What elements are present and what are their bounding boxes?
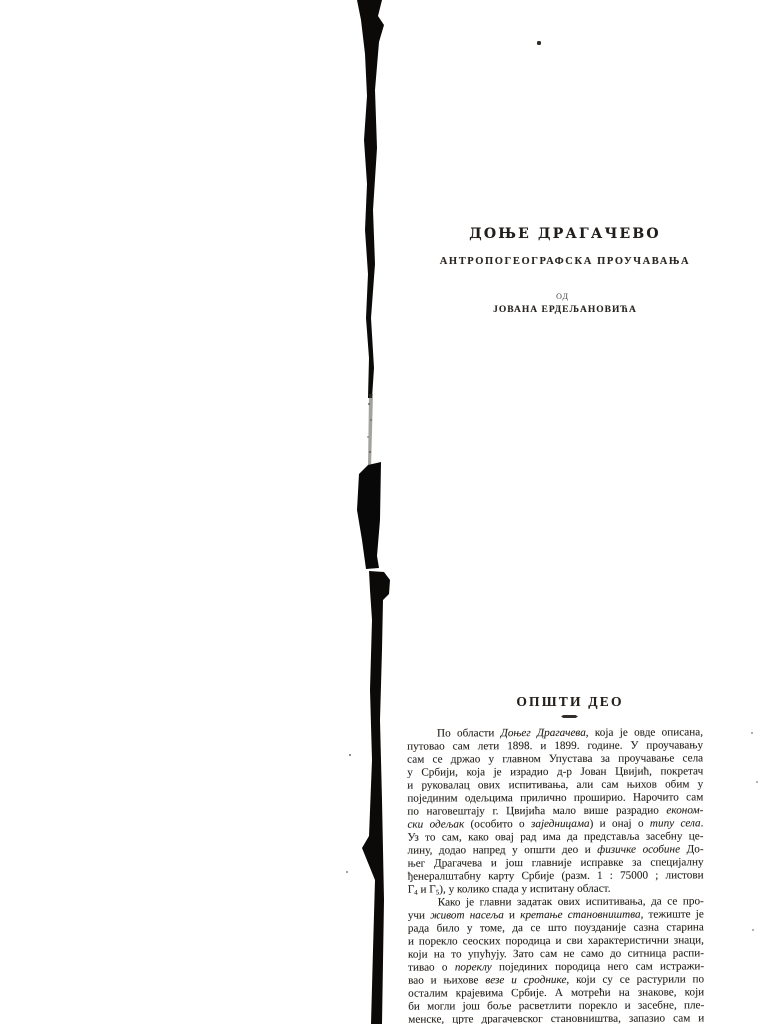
text-line: путовао сам лети 1898. и 1899. године. У… xyxy=(407,739,703,753)
text-line: ски одељак (особито о заједницама) и она… xyxy=(407,817,703,831)
section-heading: ОПШТИ ДЕО xyxy=(420,694,720,710)
scan-speck xyxy=(752,929,754,931)
text-line: учи живот насеља и кретање становништва,… xyxy=(408,908,704,922)
text-line: Уз то сам, како овај рад има да представ… xyxy=(407,830,703,844)
heading-ornament xyxy=(561,715,578,718)
text-line: који на то упућују. Зато сам не само до … xyxy=(408,947,704,961)
text-line: Како је главни задатак ових испитивања, … xyxy=(408,895,704,909)
text-line: и руковалац ових испитивања, али сам њих… xyxy=(407,778,703,792)
text-line: тивао о пореклу појединих породица него … xyxy=(408,960,704,974)
byline-prefix: ОД xyxy=(415,292,710,301)
scanned-book-page: ДОЊЕ ДРАГАЧЕВО АНТРОПОГЕОГРАФСКА ПРОУЧАВ… xyxy=(0,0,768,1024)
text-line: сам се држао у главном Упустава за проуч… xyxy=(407,752,703,766)
scan-speck xyxy=(346,871,348,873)
text-line: вао и њихове везе и сроднике, који су се… xyxy=(408,973,704,987)
document-subtitle: АНТРОПОГЕОГРАФСКА ПРОУЧАВАЊА xyxy=(405,256,725,267)
scan-speck xyxy=(751,732,753,734)
text-line: би могли још боље расветлити порекло и з… xyxy=(408,999,704,1013)
text-line: појединим одељцима прилично проширио. На… xyxy=(407,791,703,805)
text-line: осталим крајевима Србије. А мотрећи на з… xyxy=(408,986,704,1000)
text-line: Г4 и Г5), у колико спада у испитану обла… xyxy=(408,882,704,896)
text-line: По области Доњег Драгачева, која је овде… xyxy=(407,726,703,740)
text-line: њег Драгачева и још главније исправке за… xyxy=(408,856,704,870)
scan-speck xyxy=(756,781,758,783)
document-title: ДОЊЕ ДРАГАЧЕВО xyxy=(415,226,715,242)
author-name: ЈОВАНА ЕРДЕЉАНОВИЋА xyxy=(415,305,715,315)
text-line: ђенералштабну карту Србије (разм. 1 : 75… xyxy=(408,869,704,883)
body-text-block: По области Доњег Драгачева, која је овде… xyxy=(407,726,704,1024)
scan-speck xyxy=(537,41,540,44)
text-line: менске, црте драгачевског становништва, … xyxy=(408,1012,704,1024)
text-line: у Србији, која је израдио д-р Јован Цвиј… xyxy=(407,765,703,779)
text-line: по наговештају г. Цвијића мало више разр… xyxy=(407,804,703,818)
text-line: рада било у томе, да се што поузданије с… xyxy=(408,921,704,935)
text-line: и порекло сеоских породица и сви характе… xyxy=(408,934,704,948)
text-line: лину, додао напред у општи део и физичке… xyxy=(408,843,704,857)
